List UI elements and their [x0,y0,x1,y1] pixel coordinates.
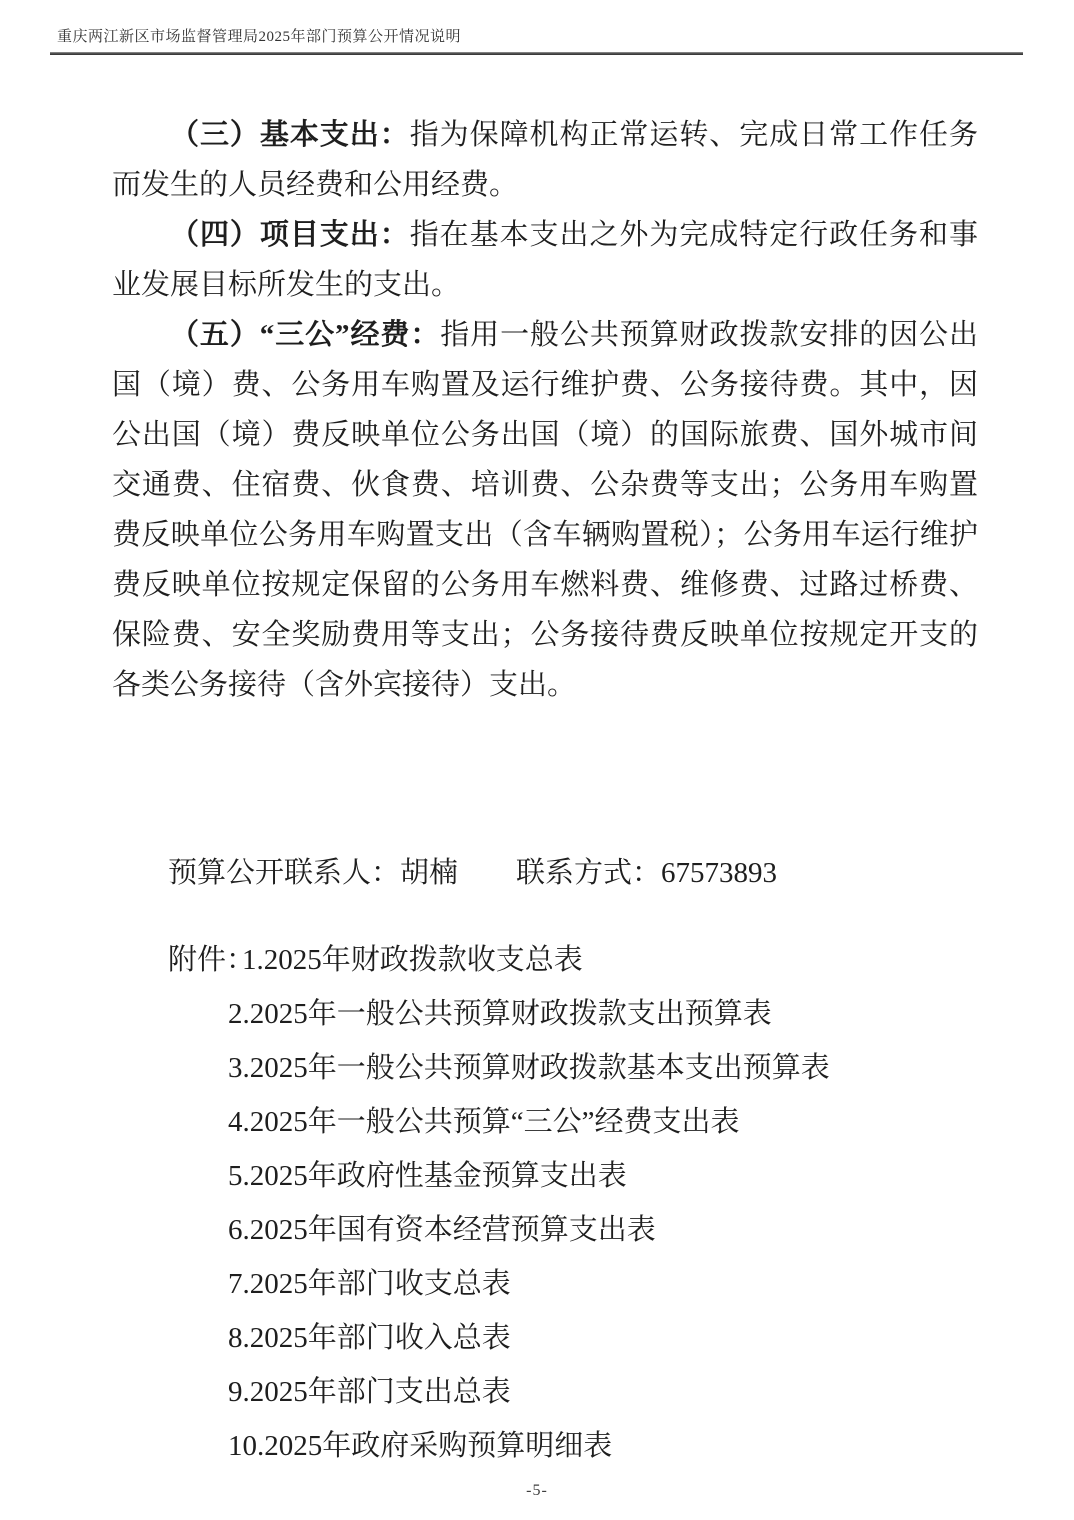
attachment-list: 1.2025年财政拨款收支总表 2.2025年一般公共预算财政拨款支出预算表 3… [228,933,830,1473]
contact-method-value: 67573893 [661,857,777,889]
attachment-item: 1.2025年财政拨款收支总表 [228,933,830,987]
attachment-item: 10.2025年政府采购预算明细表 [228,1419,830,1473]
contact-line: 预算公开联系人：胡楠联系方式：67573893 [168,848,777,898]
attachment-item: 4.2025年一般公共预算“三公”经费支出表 [228,1095,830,1149]
attachment-item: 9.2025年部门支出总表 [228,1365,830,1419]
attachment-item: 2.2025年一般公共预算财政拨款支出预算表 [228,987,830,1041]
attachment-item: 8.2025年部门收入总表 [228,1311,830,1365]
attachment-item: 6.2025年国有资本经营预算支出表 [228,1203,830,1257]
header-divider [50,52,1023,55]
paragraph-three-public-funds: （五）“三公”经费：指用一般公共预算财政拨款安排的因公出国（境）费、公务用车购置… [112,310,978,710]
attachment-item: 5.2025年政府性基金预算支出表 [228,1149,830,1203]
paragraph-text: 指用一般公共预算财政拨款安排的因公出国（境）费、公务用车购置及运行维护费、公务接… [112,319,978,701]
paragraph-project-expenditure: （四）项目支出：指在基本支出之外为完成特定行政任务和事业发展目标所发生的支出。 [112,210,978,310]
contact-person-name: 胡楠 [400,857,458,889]
paragraph-lead: （四）项目支出： [170,219,410,251]
paragraph-basic-expenditure: （三）基本支出：指为保障机构正常运转、完成日常工作任务而发生的人员经费和公用经费… [112,110,978,210]
contact-method-label: 联系方式： [516,857,661,889]
document-body: （三）基本支出：指为保障机构正常运转、完成日常工作任务而发生的人员经费和公用经费… [112,110,978,710]
header-title: 重庆两江新区市场监督管理局2025年部门预算公开情况说明 [57,24,461,50]
page-number: -5- [0,1482,1074,1500]
paragraph-lead: （三）基本支出： [170,119,410,151]
document-page: 重庆两江新区市场监督管理局2025年部门预算公开情况说明 （三）基本支出：指为保… [0,0,1074,1520]
attachment-item: 3.2025年一般公共预算财政拨款基本支出预算表 [228,1041,830,1095]
contact-person-label: 预算公开联系人： [168,857,400,889]
paragraph-lead: （五）“三公”经费： [170,319,440,351]
attachment-item: 7.2025年部门收支总表 [228,1257,830,1311]
